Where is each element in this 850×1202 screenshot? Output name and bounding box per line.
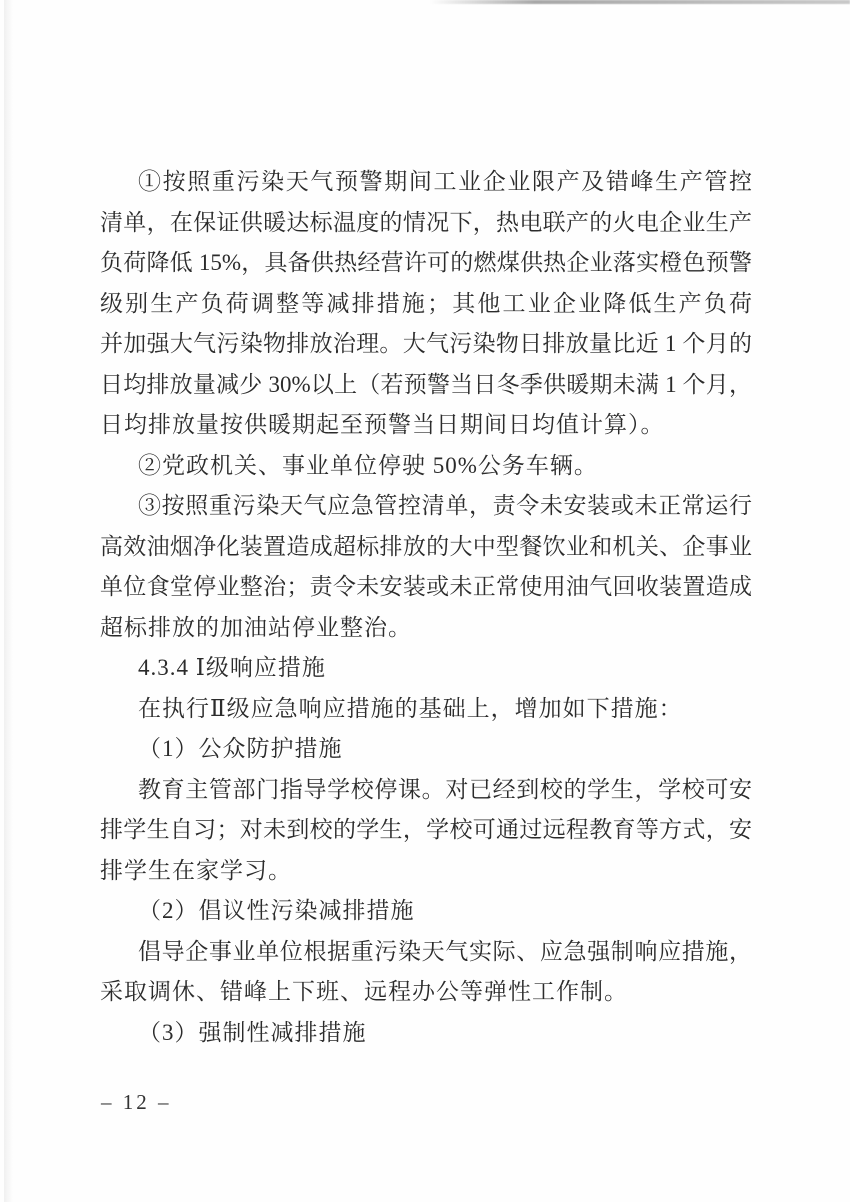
- text-line: ①按照重污染天气预警期间工业企业限产及错峰生产管控: [100, 162, 752, 203]
- text-line: 排学生在家学习。: [100, 851, 752, 892]
- text-line: ②党政机关、事业单位停驶 50%公务车辆。: [100, 446, 752, 487]
- text-line: 并加强大气污染物排放治理。大气污染物日排放量比近 1 个月的: [100, 324, 752, 365]
- text-line: 倡导企事业单位根据重污染天气实际、应急强制响应措施，: [100, 932, 752, 973]
- subsection-heading: （1）公众防护措施: [100, 729, 752, 770]
- text-line: 清单，在保证供暖达标温度的情况下，热电联产的火电企业生产: [100, 203, 752, 244]
- text-line: ③按照重污染天气应急管控清单，责令未安装或未正常运行: [100, 486, 752, 527]
- text-line: 级别生产负荷调整等减排措施；其他工业企业降低生产负荷 30%，: [100, 284, 752, 325]
- text-line: 教育主管部门指导学校停课。对已经到校的学生，学校可安: [100, 770, 752, 811]
- text-line: 排学生自习；对未到校的学生，学校可通过远程教育等方式，安: [100, 810, 752, 851]
- scan-artifact-top-edge: [430, 0, 850, 4]
- text-line: 高效油烟净化装置造成超标排放的大中型餐饮业和机关、企事业: [100, 527, 752, 568]
- text-line: 在执行Ⅱ级应急响应措施的基础上，增加如下措施：: [100, 689, 752, 730]
- text-line: 日均排放量减少 30%以上（若预警当日冬季供暖期未满 1 个月，: [100, 365, 752, 406]
- text-line: 超标排放的加油站停业整治。: [100, 608, 752, 649]
- document-body: ①按照重污染天气预警期间工业企业限产及错峰生产管控 清单，在保证供暖达标温度的情…: [100, 162, 752, 1053]
- subsection-heading: （2）倡议性污染减排措施: [100, 891, 752, 932]
- text-line: 单位食堂停业整治；责令未安装或未正常使用油气回收装置造成: [100, 567, 752, 608]
- text-line: 采取调休、错峰上下班、远程办公等弹性工作制。: [100, 972, 752, 1013]
- text-line: 负荷降低 15%，具备供热经营许可的燃煤供热企业落实橙色预警: [100, 243, 752, 284]
- section-heading: 4.3.4 Ⅰ级响应措施: [100, 648, 752, 689]
- text-line: 日均排放量按供暖期起至预警当日期间日均值计算）。: [100, 405, 752, 446]
- document-page: ①按照重污染天气预警期间工业企业限产及错峰生产管控 清单，在保证供暖达标温度的情…: [0, 0, 850, 1202]
- scan-artifact-left-edge: [4, 0, 13, 1202]
- page-number: – 12 –: [101, 1090, 172, 1115]
- subsection-heading: （3）强制性减排措施: [100, 1013, 752, 1054]
